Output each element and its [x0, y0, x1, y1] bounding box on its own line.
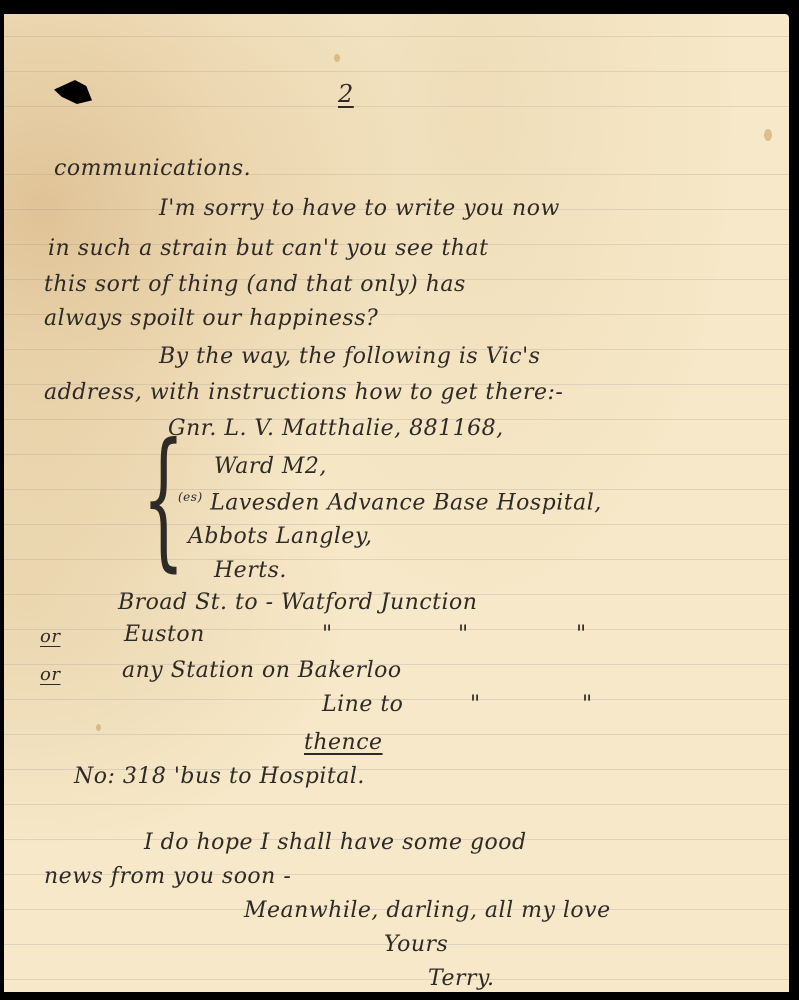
letter-line: By the way, the following is Vic's — [159, 344, 540, 369]
address-ward: Ward M2, — [214, 454, 327, 479]
stain-spot — [334, 54, 340, 62]
closing-line: news from you soon - — [44, 864, 291, 889]
ditto-mark: " — [470, 692, 481, 717]
ditto-mark: " — [576, 622, 587, 647]
direction-line: Broad St. to - Watford Junction — [118, 590, 477, 615]
letter-line: always spoilt our happiness? — [44, 306, 378, 331]
ditto-mark: " — [582, 692, 593, 717]
letter-line: communications. — [54, 156, 251, 181]
address-hospital: (es) Lavesden Advance Base Hospital, — [178, 490, 602, 515]
valediction: Yours — [384, 932, 448, 957]
direction-line: Line to — [322, 692, 403, 717]
direction-line: any Station on Bakerloo — [122, 658, 402, 683]
or-label: or — [40, 664, 60, 685]
letter-line: this sort of thing (and that only) has — [44, 272, 466, 297]
hospital-correction: (es) — [178, 490, 203, 504]
direction-line: No: 318 'bus to Hospital. — [74, 764, 365, 789]
letter-line: address, with instructions how to get th… — [44, 380, 563, 405]
address-name: Gnr. L. V. Matthalie, 881168, — [168, 416, 504, 441]
letter-page: 2 communications. I'm sorry to have to w… — [4, 14, 789, 992]
stain-spot — [96, 724, 101, 731]
address-town: Abbots Langley, — [188, 524, 372, 549]
ditto-mark: " — [322, 622, 333, 647]
closing-line: I do hope I shall have some good — [144, 830, 527, 855]
or-label: or — [40, 626, 60, 647]
punch-hole — [54, 80, 92, 104]
letter-line: in such a strain but can't you see that — [48, 236, 488, 261]
letter-line: I'm sorry to have to write you now — [159, 196, 560, 221]
thence-label: thence — [304, 730, 383, 755]
closing-line: Meanwhile, darling, all my love — [244, 898, 611, 923]
page-number: 2 — [338, 80, 354, 108]
signature: Terry. — [428, 966, 495, 991]
ditto-mark: " — [458, 622, 469, 647]
address-county: Herts. — [214, 558, 287, 583]
direction-line: Euston — [124, 622, 205, 647]
stain-spot — [764, 129, 772, 141]
